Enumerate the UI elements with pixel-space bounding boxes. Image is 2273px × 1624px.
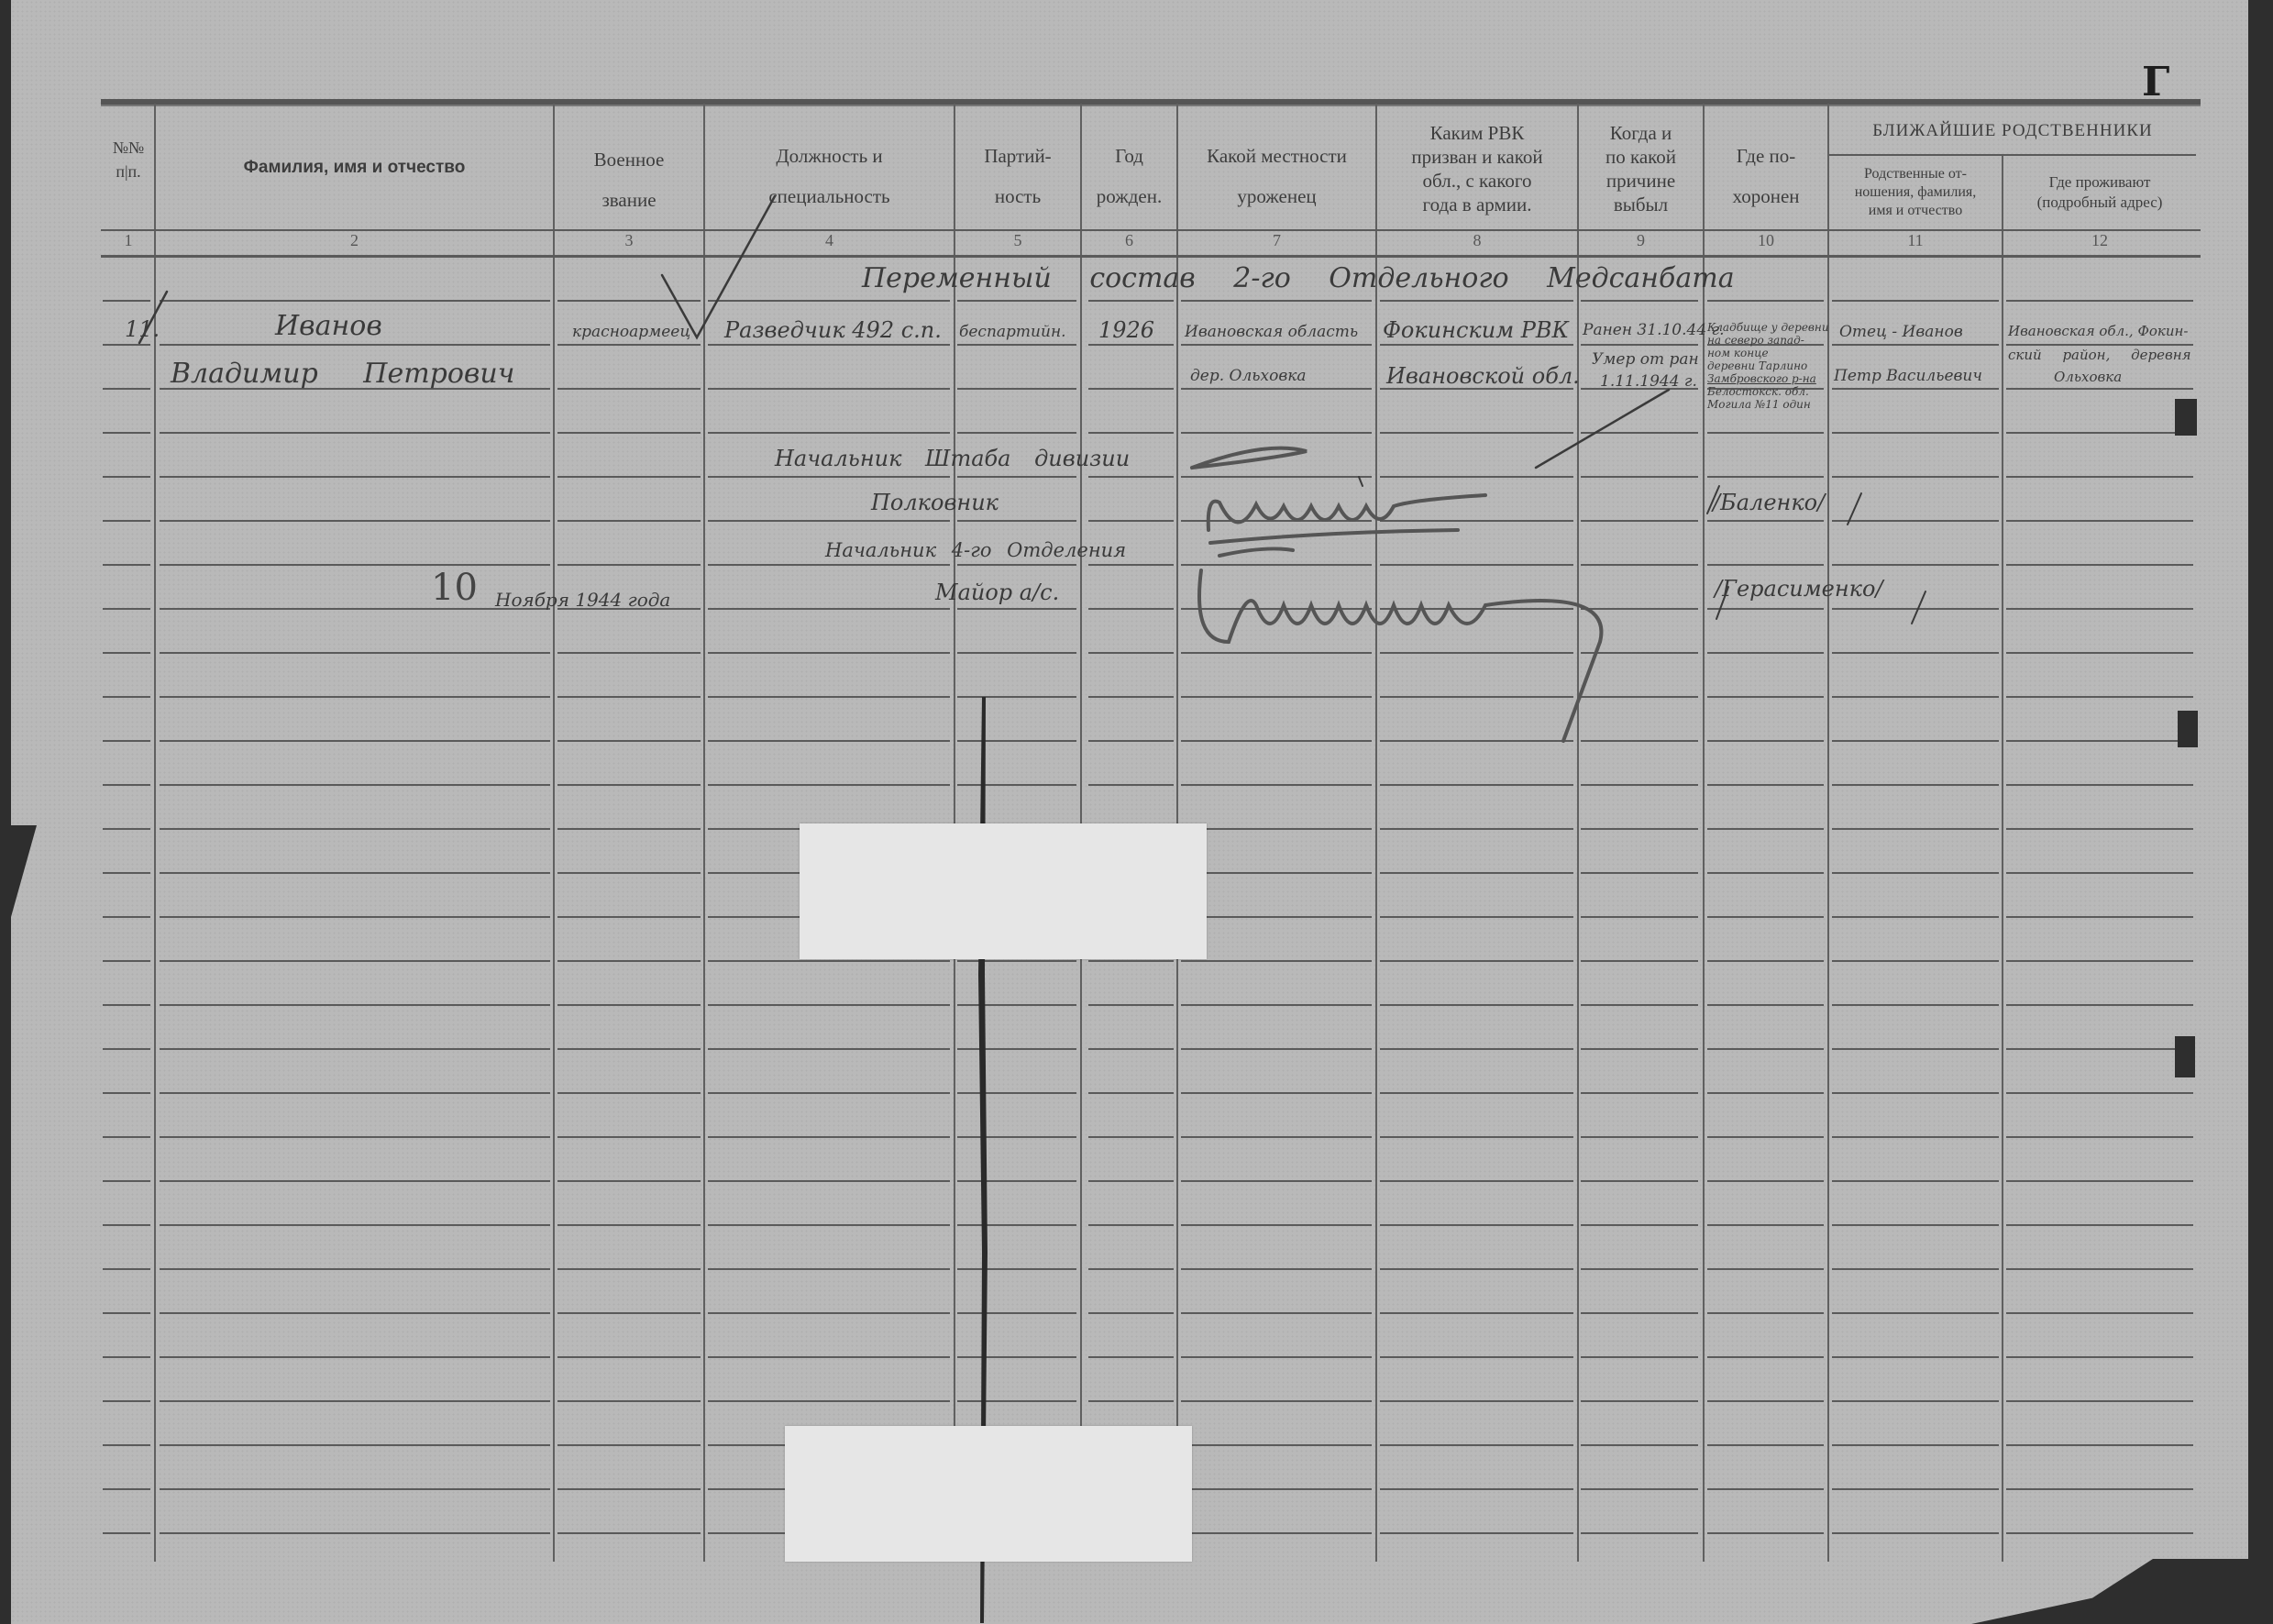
paper-hole <box>2178 711 2198 747</box>
paper-hole <box>2175 399 2197 436</box>
entry-slash-mark <box>139 292 167 343</box>
signature-gerasimenko <box>1199 548 1601 741</box>
strike-line <box>1536 390 1669 468</box>
redaction-patch <box>785 1426 1192 1562</box>
redaction-patch <box>800 823 1207 959</box>
pen-strokes <box>0 0 2273 1624</box>
checkmark-icon <box>662 196 775 337</box>
paper-hole <box>2175 1036 2195 1077</box>
signature-baleнко <box>1192 448 1485 543</box>
